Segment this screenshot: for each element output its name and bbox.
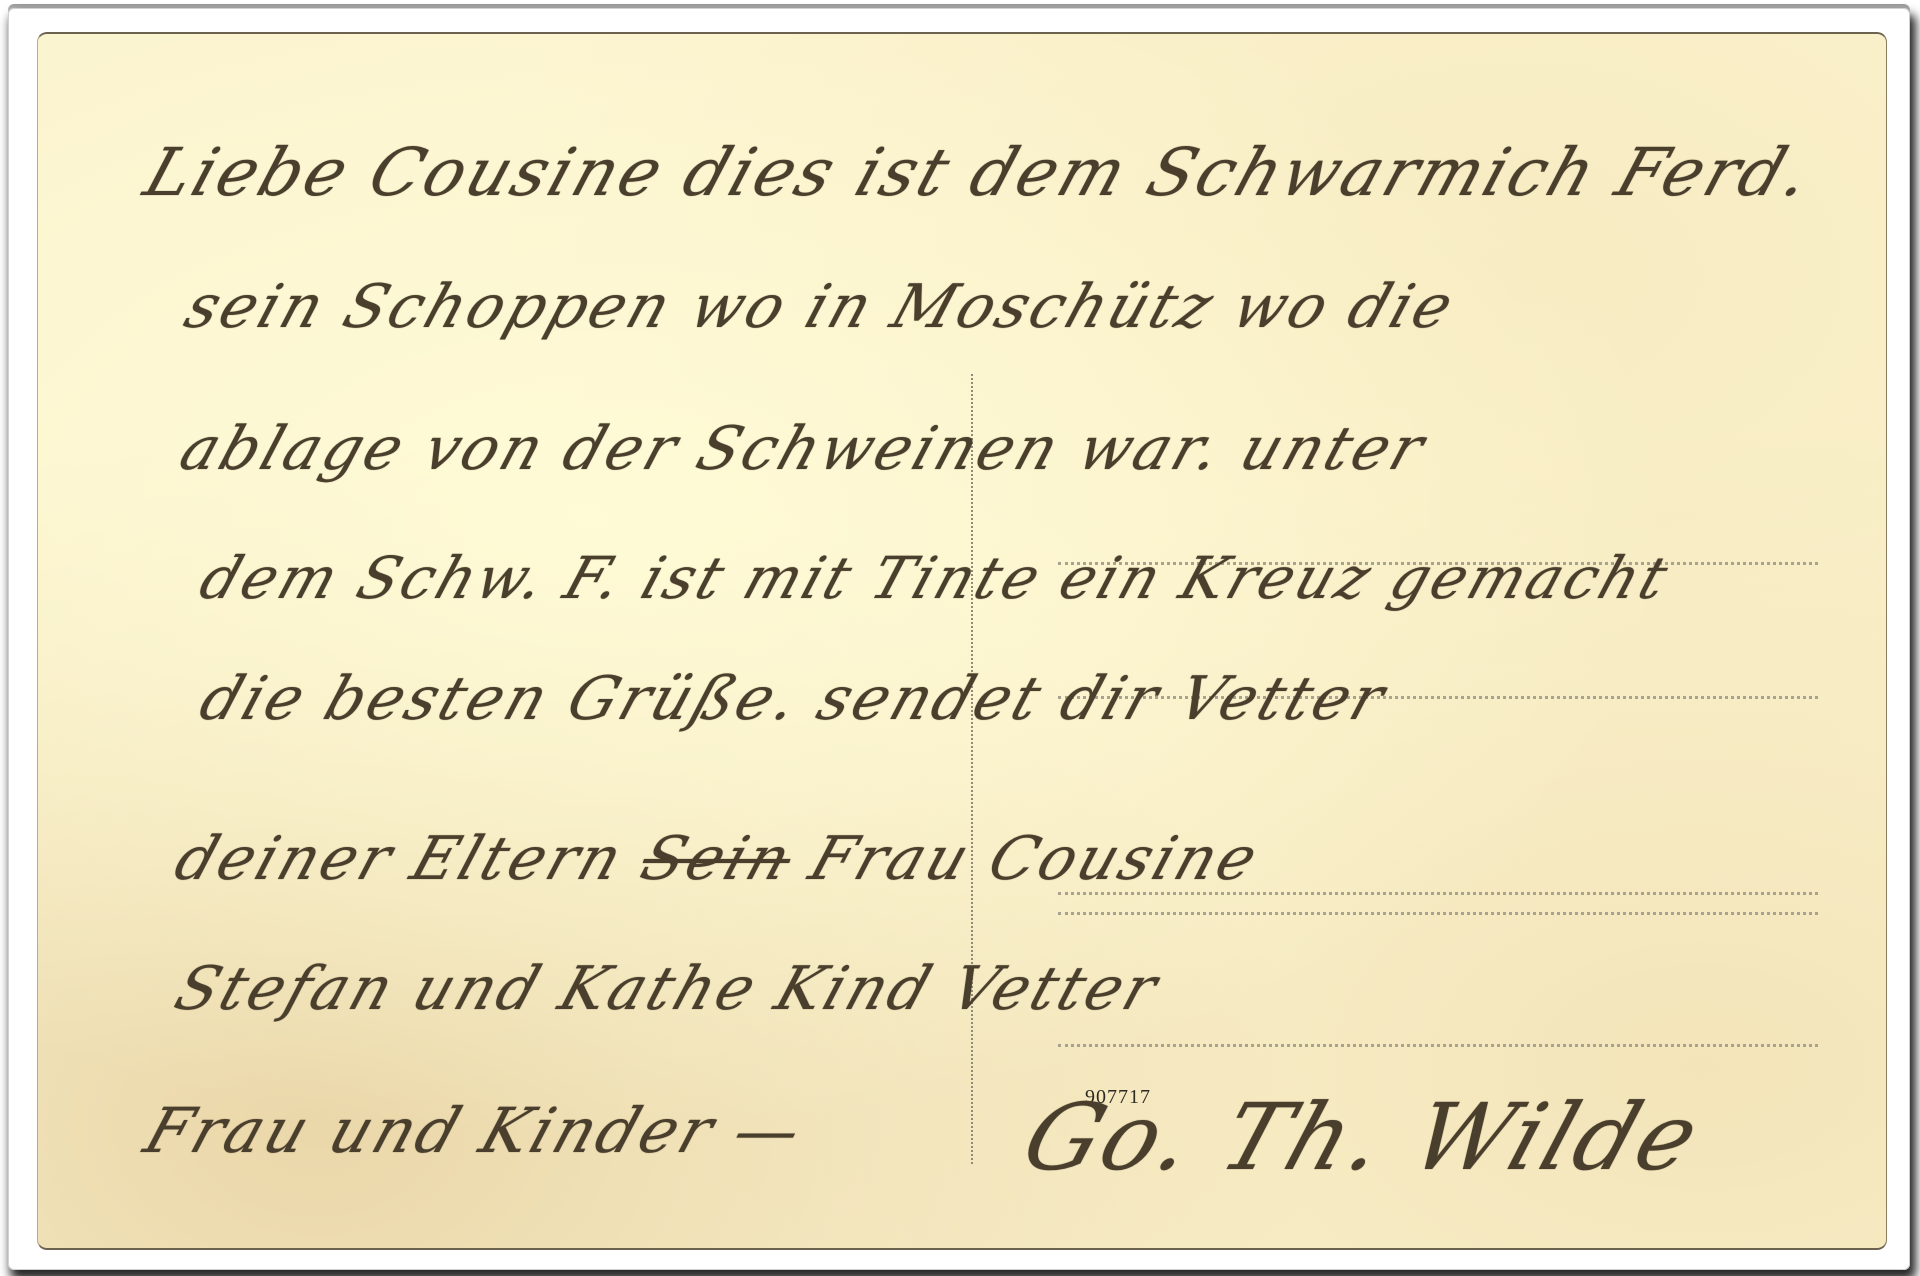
address-line-5 <box>1058 1044 1818 1047</box>
postcard: 907717 Liebe Cousine dies ist dem Schwar… <box>37 32 1887 1250</box>
handwriting-line-1: Liebe Cousine dies ist dem Schwarmich Fe… <box>135 134 1822 211</box>
handwriting-line-4: dem Schw. F. ist mit Tinte ein Kreuz gem… <box>192 544 1679 612</box>
handwriting-line-2: sein Schoppen wo in Moschütz wo die <box>177 272 1465 342</box>
line-6-end: Frau Cousine <box>801 824 1268 894</box>
line-6-start: deiner Eltern <box>167 824 634 894</box>
handwriting-line-5: die besten Grüße. sendet dir Vetter <box>192 664 1396 734</box>
address-line-4 <box>1058 912 1818 915</box>
handwriting-line-7: Stefan und Kathe Kind Vetter <box>167 954 1169 1024</box>
struck-word: Sein <box>633 824 802 894</box>
handwriting-line-6: deiner Eltern Sein Frau Cousine <box>167 824 1269 894</box>
signature: Go. Th. Wilde <box>1011 1084 1715 1191</box>
handwriting-line-8: Frau und Kinder — <box>136 1094 813 1167</box>
handwriting-line-3: ablage von der Schweinen war. unter <box>172 414 1436 484</box>
dotted-divider <box>971 374 973 1164</box>
